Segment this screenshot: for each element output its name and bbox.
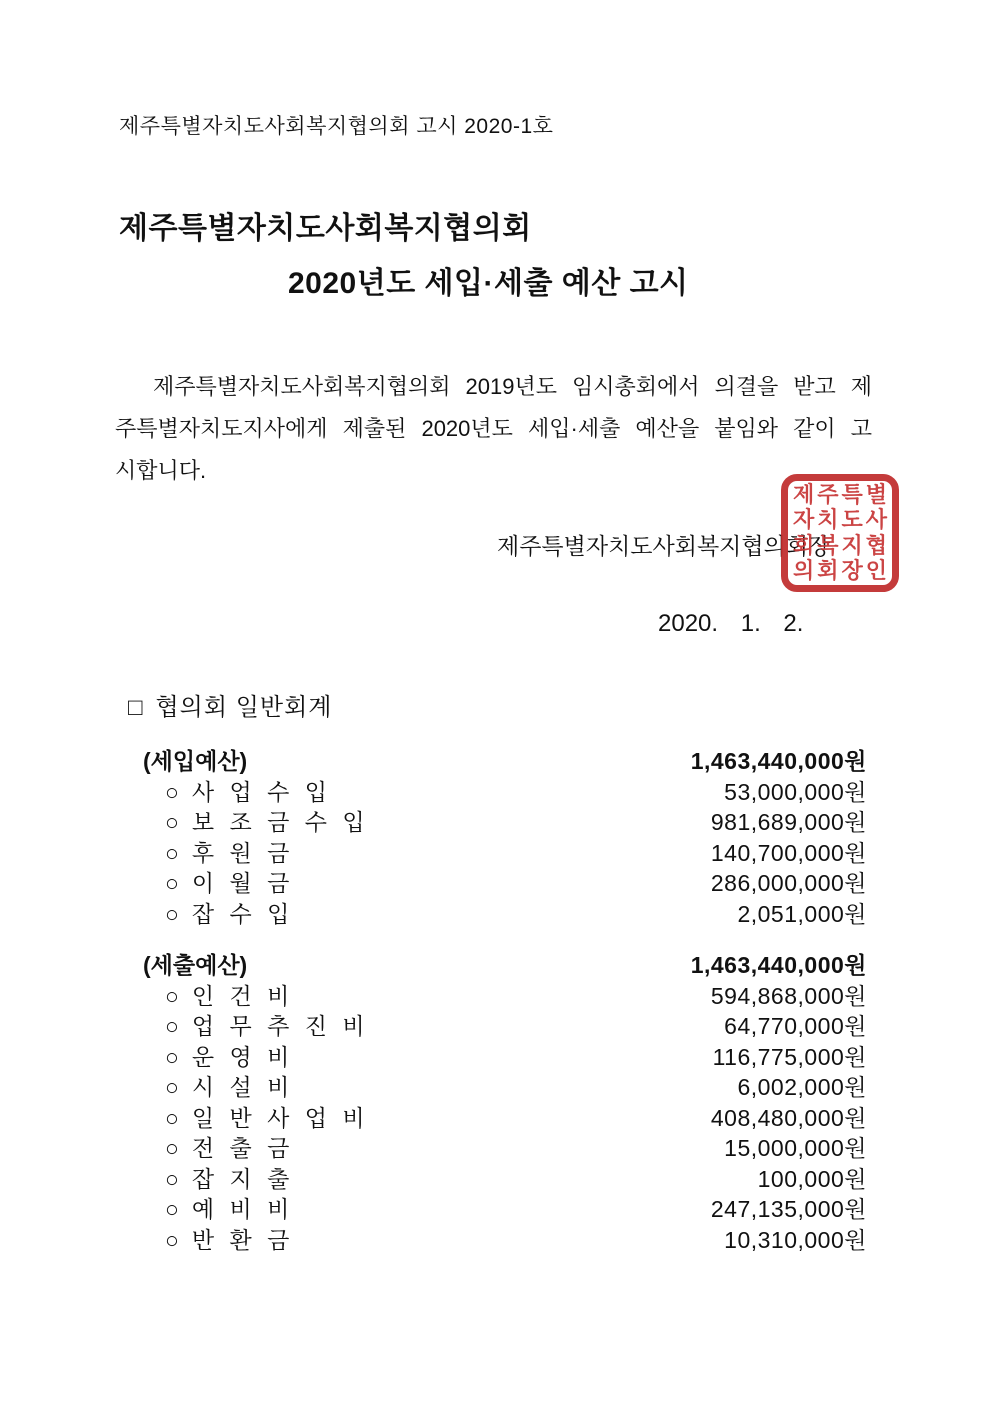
table-row: ○잡 수 입 2,051,000원 bbox=[143, 899, 867, 930]
table-row: ○예 비 비 247,135,000원 bbox=[143, 1194, 867, 1225]
table-row: ○이 월 금 286,000,000원 bbox=[143, 868, 867, 899]
item-label: ○업 무 추 진 비 bbox=[143, 1011, 365, 1042]
seal-row: 회복지협 bbox=[790, 534, 890, 558]
item-label: ○이 월 금 bbox=[143, 868, 289, 899]
circle-bullet-icon: ○ bbox=[165, 1044, 179, 1070]
square-bullet-icon: □ bbox=[128, 694, 144, 721]
item-amount: 10,310,000원 bbox=[724, 1225, 867, 1256]
official-seal-stamp: 제주특별 자치도사 회복지협 의회장인 bbox=[781, 474, 899, 592]
item-text: 예 비 비 bbox=[192, 1196, 289, 1222]
item-label: ○예 비 비 bbox=[143, 1194, 289, 1225]
item-amount: 140,700,000원 bbox=[711, 838, 867, 869]
expenditure-header-label: (세출예산) bbox=[143, 950, 247, 981]
item-label: ○잡 지 출 bbox=[143, 1164, 289, 1195]
circle-bullet-icon: ○ bbox=[165, 809, 179, 835]
circle-bullet-icon: ○ bbox=[165, 1105, 179, 1131]
table-row: ○시 설 비 6,002,000원 bbox=[143, 1072, 867, 1103]
item-label: ○반 환 금 bbox=[143, 1225, 289, 1256]
item-amount: 286,000,000원 bbox=[711, 868, 867, 899]
table-row: ○후 원 금 140,700,000원 bbox=[143, 838, 867, 869]
document-page: 제주특별자치도사회복지협의회 고시 2020-1호 제주특별자치도사회복지협의회… bbox=[0, 0, 992, 1403]
body-paragraph: 제주특별자치도사회복지협의회 2019년도 임시총회에서 의결을 받고 제주특별… bbox=[115, 366, 872, 492]
item-label: ○전 출 금 bbox=[143, 1133, 289, 1164]
expenditure-budget-list: (세출예산) 1,463,440,000원 ○인 건 비 594,868,000… bbox=[143, 950, 867, 1255]
item-text: 잡 지 출 bbox=[192, 1166, 289, 1192]
section-title: 협의회 일반회계 bbox=[156, 694, 333, 721]
page-title: 제주특별자치도사회복지협의회 bbox=[119, 203, 532, 247]
circle-bullet-icon: ○ bbox=[165, 779, 179, 805]
circle-bullet-icon: ○ bbox=[165, 1074, 179, 1100]
table-row: ○일 반 사 업 비 408,480,000원 bbox=[143, 1103, 867, 1134]
circle-bullet-icon: ○ bbox=[165, 1135, 179, 1161]
item-label: ○보 조 금 수 입 bbox=[143, 807, 365, 838]
item-amount: 6,002,000원 bbox=[737, 1072, 867, 1103]
circle-bullet-icon: ○ bbox=[165, 901, 179, 927]
circle-bullet-icon: ○ bbox=[165, 870, 179, 896]
item-amount: 15,000,000원 bbox=[724, 1133, 867, 1164]
circle-bullet-icon: ○ bbox=[165, 840, 179, 866]
item-amount: 247,135,000원 bbox=[711, 1194, 867, 1225]
item-label: ○사 업 수 입 bbox=[143, 777, 327, 808]
item-label: ○후 원 금 bbox=[143, 838, 289, 869]
revenue-header-row: (세입예산) 1,463,440,000원 bbox=[143, 746, 867, 777]
date-line: 2020. 1. 2. bbox=[658, 610, 803, 638]
item-text: 사 업 수 입 bbox=[192, 779, 327, 805]
table-row: ○반 환 금 10,310,000원 bbox=[143, 1225, 867, 1256]
item-amount: 2,051,000원 bbox=[737, 899, 867, 930]
circle-bullet-icon: ○ bbox=[165, 983, 179, 1009]
item-text: 일 반 사 업 비 bbox=[192, 1105, 365, 1131]
item-amount: 408,480,000원 bbox=[711, 1103, 867, 1134]
item-amount: 100,000원 bbox=[758, 1164, 867, 1195]
item-text: 반 환 금 bbox=[192, 1227, 289, 1253]
table-row: ○인 건 비 594,868,000원 bbox=[143, 981, 867, 1012]
section-header: □협의회 일반회계 bbox=[128, 687, 332, 722]
item-label: ○시 설 비 bbox=[143, 1072, 289, 1103]
seal-row: 제주특별 bbox=[790, 483, 890, 507]
table-row: ○사 업 수 입 53,000,000원 bbox=[143, 777, 867, 808]
table-row: ○운 영 비 116,775,000원 bbox=[143, 1042, 867, 1073]
table-row: ○보 조 금 수 입 981,689,000원 bbox=[143, 807, 867, 838]
item-text: 후 원 금 bbox=[192, 840, 289, 866]
item-text: 보 조 금 수 입 bbox=[192, 809, 365, 835]
item-text: 전 출 금 bbox=[192, 1135, 289, 1161]
expenditure-header-row: (세출예산) 1,463,440,000원 bbox=[143, 950, 867, 981]
item-amount: 116,775,000원 bbox=[713, 1042, 867, 1073]
page-subtitle: 2020년도 세입·세출 예산 고시 bbox=[288, 258, 689, 302]
table-row: ○전 출 금 15,000,000원 bbox=[143, 1133, 867, 1164]
circle-bullet-icon: ○ bbox=[165, 1166, 179, 1192]
revenue-header-amount: 1,463,440,000원 bbox=[691, 746, 867, 777]
item-label: ○운 영 비 bbox=[143, 1042, 289, 1073]
item-text: 인 건 비 bbox=[192, 983, 289, 1009]
table-row: ○업 무 추 진 비 64,770,000원 bbox=[143, 1011, 867, 1042]
circle-bullet-icon: ○ bbox=[165, 1013, 179, 1039]
seal-row: 의회장인 bbox=[790, 559, 890, 583]
item-text: 업 무 추 진 비 bbox=[192, 1013, 365, 1039]
doc-number: 제주특별자치도사회복지협의회 고시 2020-1호 bbox=[119, 110, 553, 140]
item-amount: 64,770,000원 bbox=[724, 1011, 867, 1042]
item-label: ○인 건 비 bbox=[143, 981, 289, 1012]
revenue-header-label: (세입예산) bbox=[143, 746, 247, 777]
table-row: ○잡 지 출 100,000원 bbox=[143, 1164, 867, 1195]
item-label: ○잡 수 입 bbox=[143, 899, 289, 930]
circle-bullet-icon: ○ bbox=[165, 1227, 179, 1253]
item-text: 잡 수 입 bbox=[192, 901, 289, 927]
item-text: 이 월 금 bbox=[192, 870, 289, 896]
revenue-budget-list: (세입예산) 1,463,440,000원 ○사 업 수 입 53,000,00… bbox=[143, 746, 867, 929]
item-amount: 594,868,000원 bbox=[711, 981, 867, 1012]
item-amount: 53,000,000원 bbox=[724, 777, 867, 808]
item-amount: 981,689,000원 bbox=[711, 807, 867, 838]
expenditure-header-amount: 1,463,440,000원 bbox=[691, 950, 867, 981]
item-text: 운 영 비 bbox=[192, 1044, 289, 1070]
circle-bullet-icon: ○ bbox=[165, 1196, 179, 1222]
seal-row: 자치도사 bbox=[790, 508, 890, 532]
item-text: 시 설 비 bbox=[192, 1074, 289, 1100]
item-label: ○일 반 사 업 비 bbox=[143, 1103, 365, 1134]
